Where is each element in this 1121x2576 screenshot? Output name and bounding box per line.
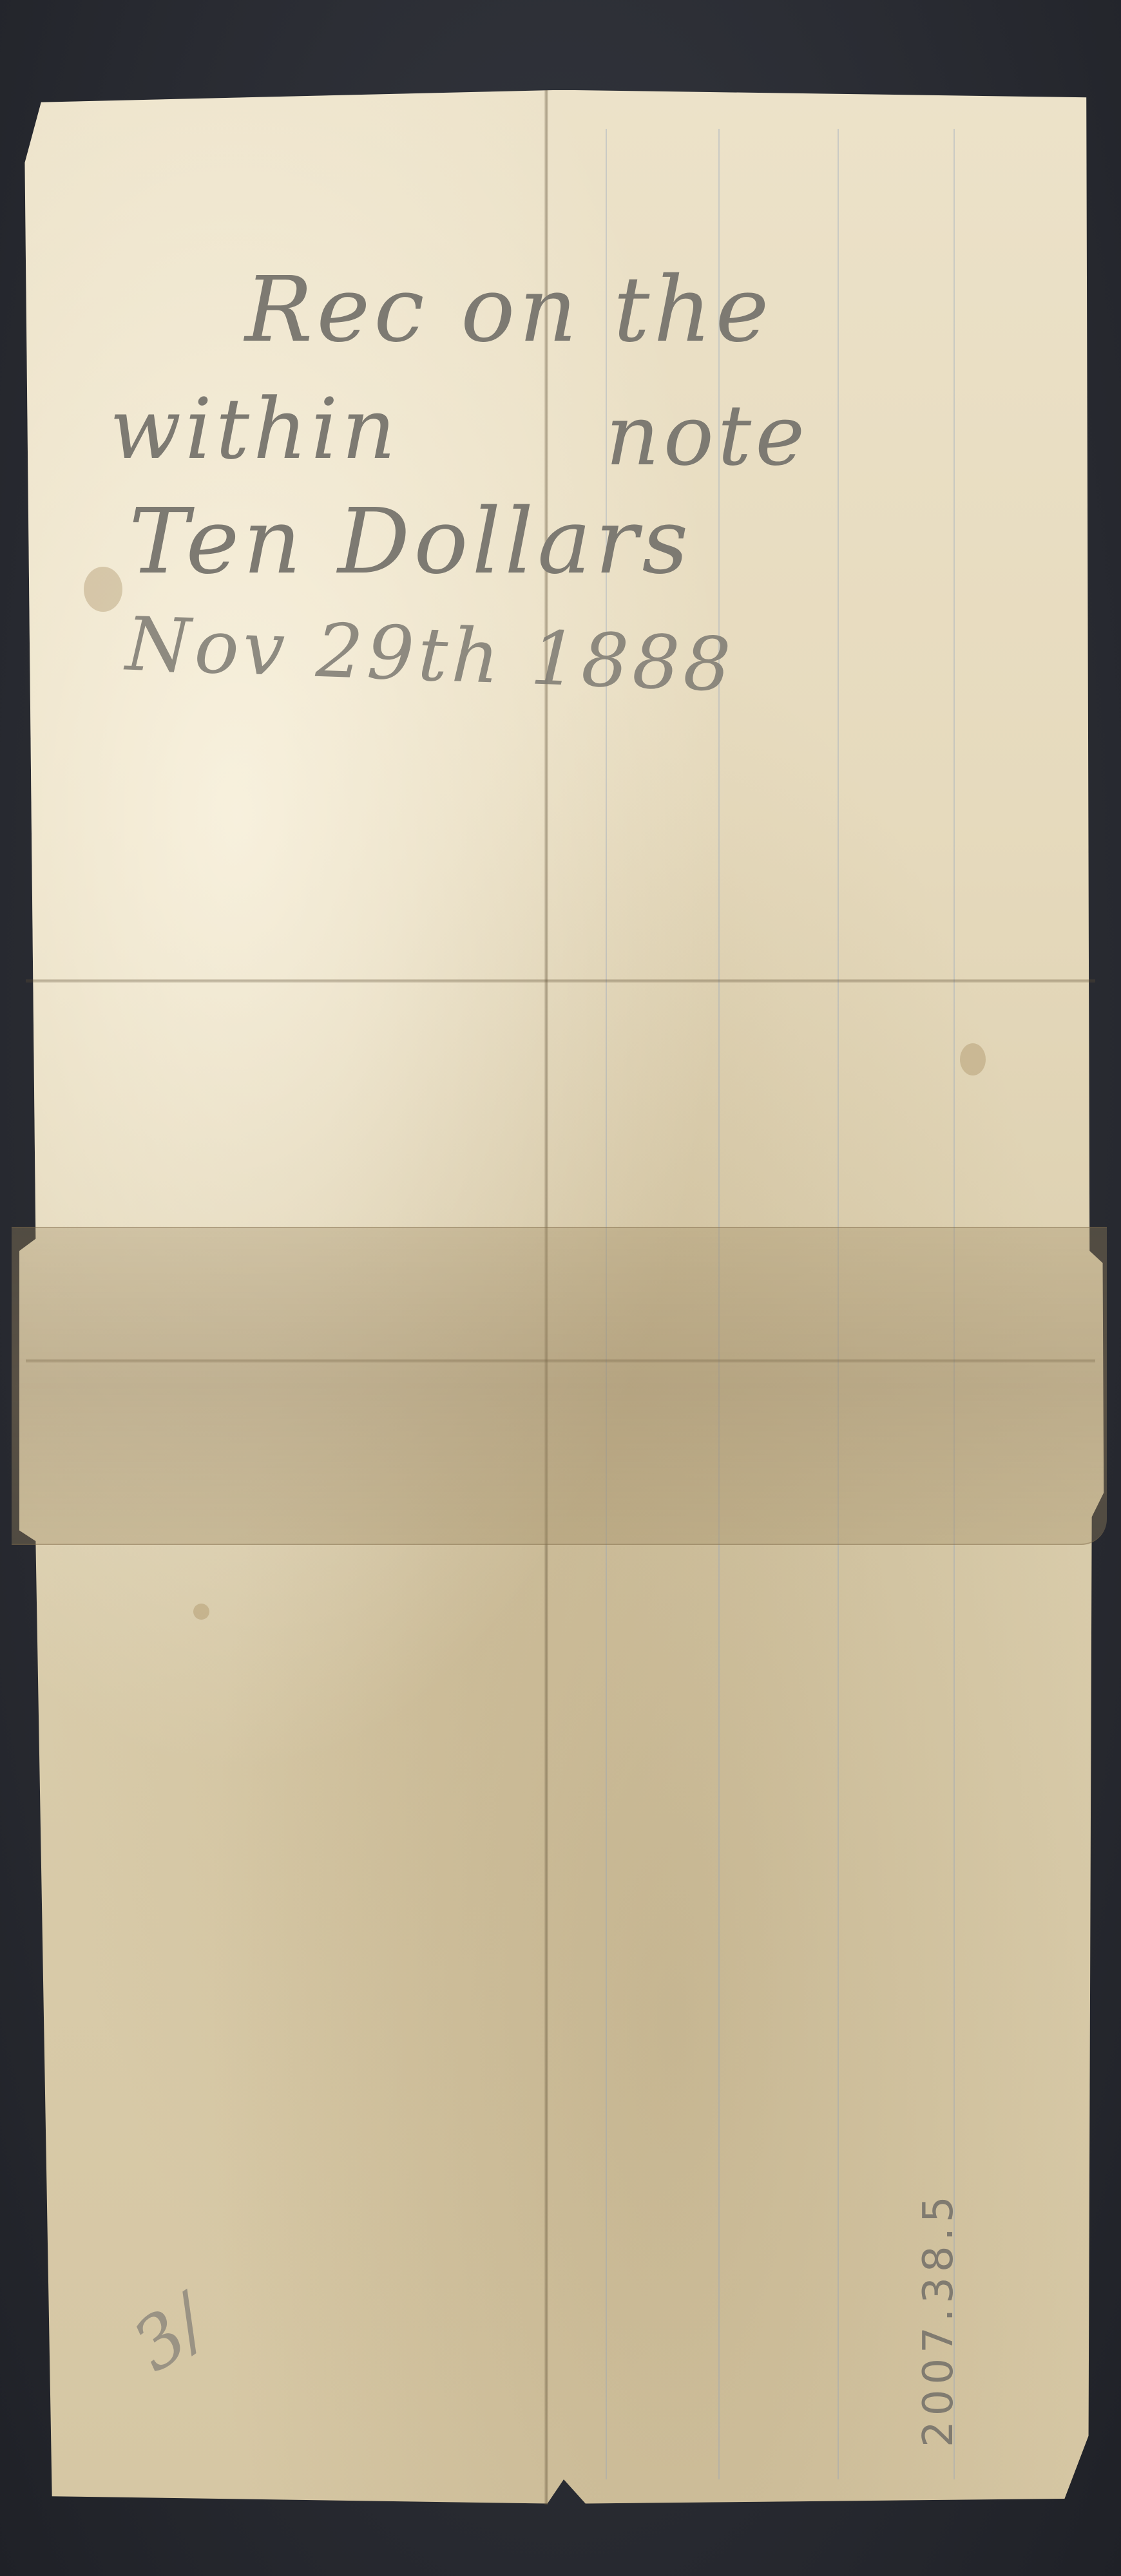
- catalog-number: 2007.38.5: [915, 2191, 963, 2447]
- handwriting-line-1: Rec on the: [245, 258, 772, 363]
- handwriting-line-2b: note: [606, 386, 809, 484]
- horizontal-fold: [26, 979, 1095, 983]
- stain: [193, 1604, 209, 1620]
- handwriting-line-2a: within: [110, 380, 399, 478]
- stain: [84, 567, 122, 612]
- stain: [960, 1043, 986, 1075]
- repair-tape: [12, 1227, 1107, 1545]
- handwriting-line-3: Ten Dollars: [129, 489, 692, 594]
